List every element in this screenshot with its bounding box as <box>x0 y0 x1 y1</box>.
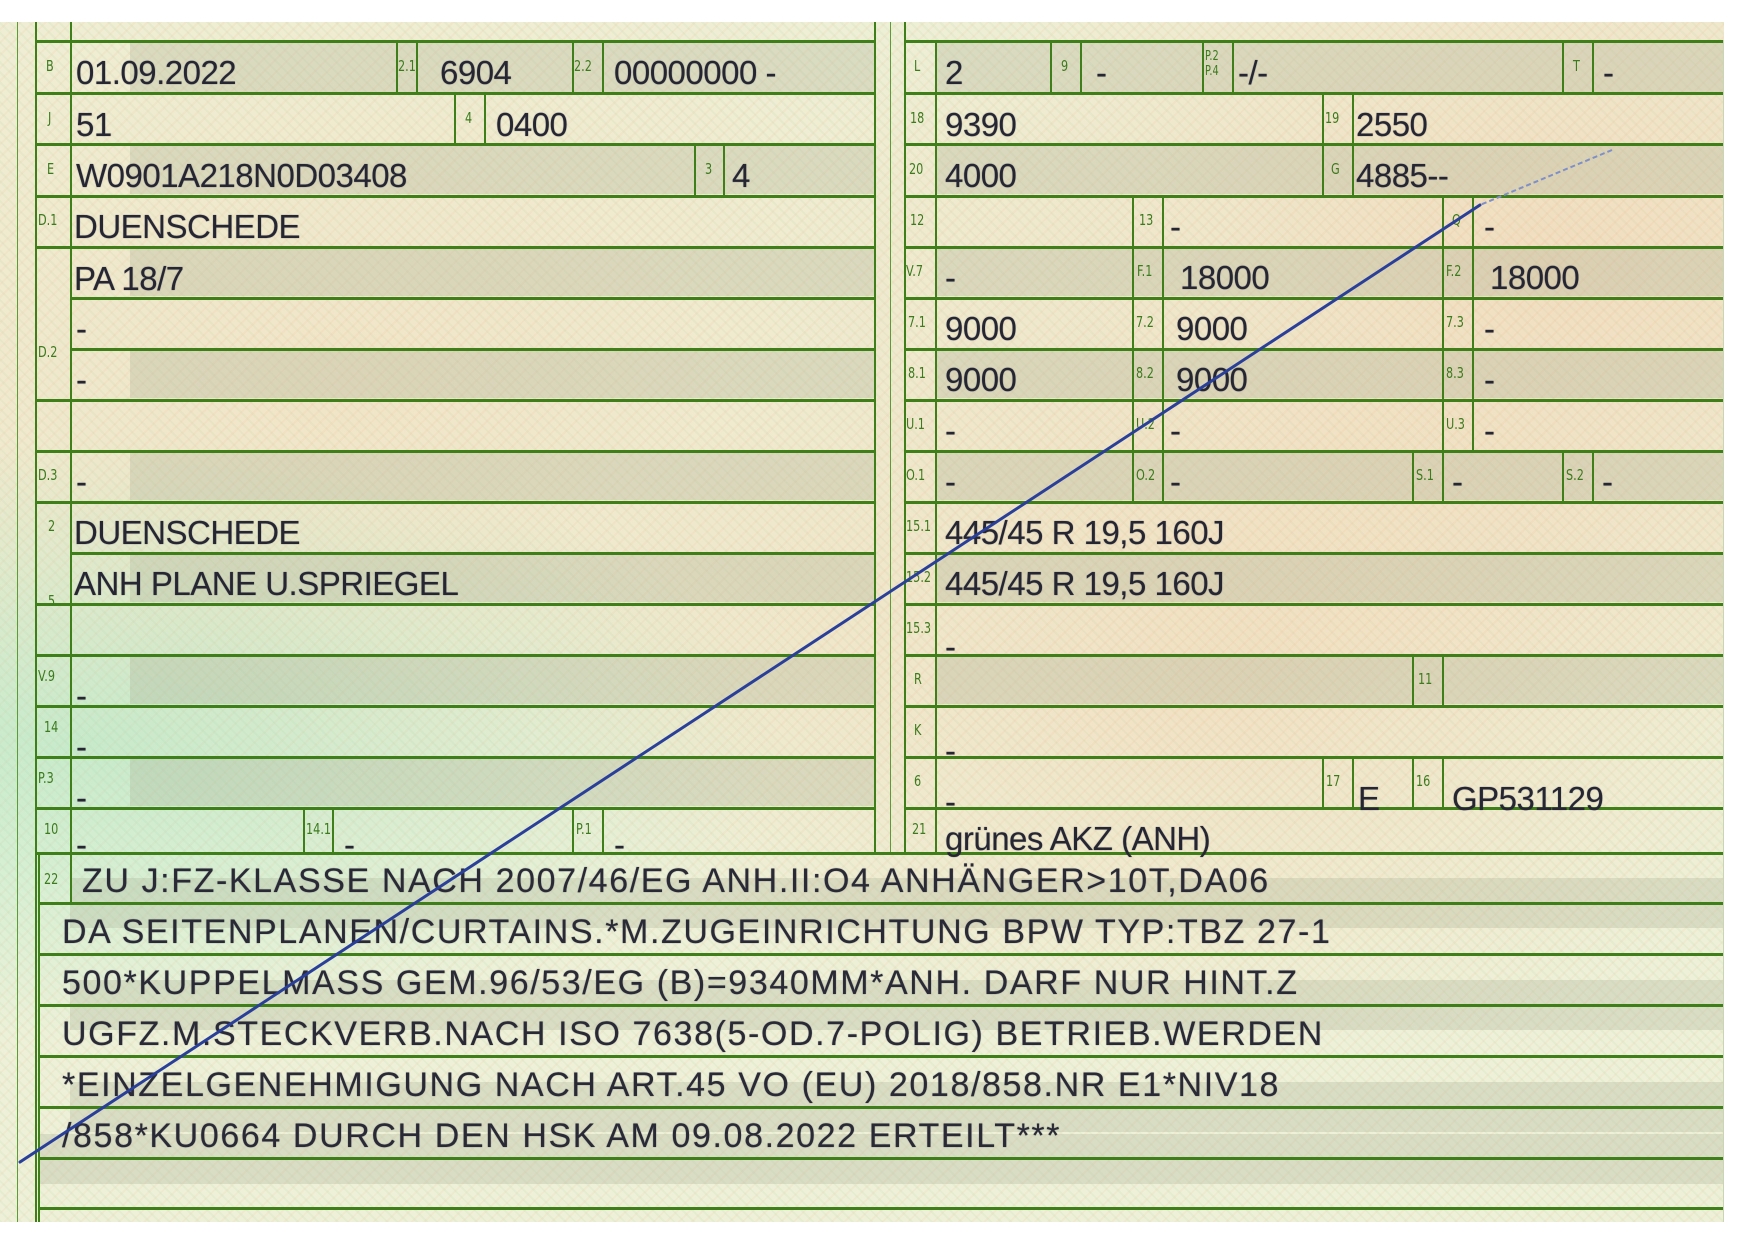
field-U1-value: - <box>945 414 956 447</box>
rule <box>904 501 1723 504</box>
field-label-8-2: 8.2 <box>1136 366 1154 381</box>
field-9-value: - <box>1096 56 1107 89</box>
cell-divider <box>416 40 418 92</box>
field-label-22: 22 <box>44 872 58 887</box>
field-4-value: 0400 <box>496 108 567 141</box>
cell-divider <box>1352 92 1354 195</box>
field-15-3-value: - <box>945 630 956 663</box>
row-band <box>935 654 1723 704</box>
remarks-line-5: *EINZELGENEHMIGUNG NACH ART.45 VO (EU) 2… <box>62 1068 1280 1102</box>
label-column-divider <box>70 22 72 852</box>
field-O1-value: - <box>945 465 956 498</box>
rule <box>904 195 1723 198</box>
right-block-left-border <box>904 22 906 852</box>
gutter-line <box>890 22 891 852</box>
field-2-2-value: 00000000 - <box>614 56 776 89</box>
field-label-G: G <box>1331 162 1340 177</box>
field-label-O2: O.2 <box>1136 468 1155 483</box>
field-label-F2: F.2 <box>1446 264 1461 279</box>
field-label-8-1: 8.1 <box>908 366 926 381</box>
field-K-value: - <box>945 734 956 767</box>
cell-divider <box>1162 195 1164 450</box>
rule <box>35 246 874 249</box>
field-label-14: 14 <box>44 720 58 735</box>
field-J-value: 51 <box>76 108 112 141</box>
row-band <box>130 654 874 704</box>
field-D1-make-line2: PA 18/7 <box>74 262 184 295</box>
field-label-D3: D.3 <box>38 468 57 483</box>
field-label-15-3: 15.3 <box>906 621 931 636</box>
field-7-2-value: 9000 <box>1176 312 1247 345</box>
field-label-7-2: 7.2 <box>1136 315 1154 330</box>
rule <box>35 705 874 708</box>
left-border <box>35 22 37 1222</box>
rule <box>904 552 1723 555</box>
field-14-1-value: - <box>344 828 355 861</box>
field-label-21: 21 <box>912 822 926 837</box>
row-band <box>935 144 1723 194</box>
cell-divider <box>1562 450 1564 501</box>
field-L-value: 2 <box>945 56 963 89</box>
rule <box>38 1106 1723 1109</box>
field-V9-value: - <box>76 679 87 712</box>
left-block-right-border <box>874 22 876 852</box>
rule <box>35 501 874 504</box>
field-label-5: 5 <box>48 594 55 609</box>
rule <box>904 705 1723 708</box>
field-label-U1: U.1 <box>906 417 925 432</box>
field-label-J: J <box>48 111 51 126</box>
cell-divider <box>1080 40 1082 92</box>
field-label-U3: U.3 <box>1446 417 1465 432</box>
rule <box>35 143 874 146</box>
rule <box>38 1004 1723 1007</box>
field-label-2-1: 2.1 <box>398 59 416 74</box>
field-label-3: 3 <box>705 162 712 177</box>
field-15-1-tyre: 445/45 R 19,5 160J <box>945 516 1224 549</box>
cell-divider <box>1322 92 1324 195</box>
field-14-value: - <box>76 730 87 763</box>
cell-divider <box>1592 450 1594 501</box>
remarks-line-4: UGFZ.M.STECKVERB.NACH ISO 7638(5-OD.7-PO… <box>62 1017 1324 1051</box>
field-label-16: 16 <box>1416 774 1430 789</box>
rule <box>904 40 1723 43</box>
cell-divider <box>1352 756 1354 807</box>
field-10-value: - <box>76 828 87 861</box>
field-20-value: 4000 <box>945 159 1016 192</box>
cell-divider <box>1132 450 1134 501</box>
cell-divider <box>1132 195 1134 450</box>
field-P3-value: - <box>76 781 87 814</box>
cell-divider <box>1442 756 1444 807</box>
field-5-body-type: ANH PLANE U.SPRIEGEL <box>74 567 458 600</box>
rule <box>70 297 874 300</box>
field-label-6: 6 <box>914 774 921 789</box>
rule <box>35 40 874 43</box>
field-label-12: 12 <box>910 213 924 228</box>
field-U2-value: - <box>1170 414 1181 447</box>
cell-divider <box>602 40 604 92</box>
field-2-1-value: 6904 <box>440 56 511 89</box>
registration-certificate: B 01.09.2022 2.1 6904 2.2 00000000 - J 5… <box>0 22 1724 1222</box>
field-13-value: - <box>1170 210 1181 243</box>
field-O2-value: - <box>1170 465 1181 498</box>
cell-divider <box>332 807 334 852</box>
cell-divider <box>1202 40 1204 92</box>
right-label-divider <box>935 40 937 852</box>
field-label-U2: U.2 <box>1136 417 1155 432</box>
field-E-vin: W0901A218N0D03408 <box>76 159 407 192</box>
cell-divider <box>1472 195 1474 450</box>
field-2-manufacturer: DUENSCHEDE <box>74 516 300 549</box>
row-band <box>130 450 874 500</box>
rule <box>904 92 1723 95</box>
rule <box>904 246 1723 249</box>
remarks-left-border <box>38 852 40 1222</box>
cell-divider <box>303 807 305 852</box>
remarks-line-2: DA SEITENPLANEN/CURTAINS.*M.ZUGEINRICHTU… <box>62 915 1331 949</box>
field-21-value: grünes AKZ (ANH) <box>945 822 1210 855</box>
field-label-T: T <box>1573 59 1580 74</box>
field-6-value: - <box>945 785 956 818</box>
row-band <box>130 756 874 806</box>
field-D2-line1: - <box>76 312 87 345</box>
field-label-R: R <box>914 672 922 687</box>
cell-divider <box>1232 40 1234 92</box>
field-B-date: 01.09.2022 <box>76 56 236 89</box>
row-band <box>130 348 874 398</box>
field-label-D2: D.2 <box>38 345 57 360</box>
field-19-value: 2550 <box>1356 108 1427 141</box>
remarks-line-3: 500*KUPPELMASS GEM.96/53/EG (B)=9340MM*A… <box>62 966 1299 1000</box>
field-label-7-1: 7.1 <box>908 315 926 330</box>
field-U3-value: - <box>1484 414 1495 447</box>
cell-divider <box>602 807 604 852</box>
cell-divider <box>1050 40 1052 92</box>
field-label-4: 4 <box>465 111 472 126</box>
field-label-15-2: 15.2 <box>906 570 931 585</box>
cell-divider <box>1592 40 1594 92</box>
field-label-Q: Q <box>1452 213 1461 228</box>
cell-divider <box>1442 195 1444 450</box>
field-label-13: 13 <box>1139 213 1153 228</box>
rule <box>904 143 1723 146</box>
field-label-7-3: 7.3 <box>1446 315 1464 330</box>
row-band <box>935 246 1723 296</box>
cell-divider <box>1412 654 1414 705</box>
field-16-value: GP531129 <box>1452 782 1603 815</box>
field-label-17: 17 <box>1326 774 1340 789</box>
remarks-line-6: /858*KU0664 DURCH DEN HSK AM 09.08.2022 … <box>62 1119 1061 1153</box>
rule <box>35 852 1723 855</box>
rule <box>904 297 1723 300</box>
rule <box>35 807 874 810</box>
field-label-P2: P.2 <box>1205 50 1219 64</box>
rule <box>904 348 1723 351</box>
rule <box>904 450 1723 453</box>
field-F1-value: 18000 <box>1180 261 1269 294</box>
row-band <box>935 348 1723 398</box>
rule <box>35 756 874 759</box>
field-Q-value: - <box>1484 210 1495 243</box>
field-label-15-1: 15.1 <box>906 519 931 534</box>
field-P1-value: - <box>614 828 625 861</box>
field-G-value: 4885-- <box>1356 159 1448 192</box>
field-label-D1: D.1 <box>38 213 57 228</box>
field-8-1-value: 9000 <box>945 363 1016 396</box>
field-3-value: 4 <box>732 159 750 192</box>
field-15-2-tyre: 445/45 R 19,5 160J <box>945 567 1224 600</box>
rule <box>38 1055 1723 1058</box>
field-8-3-value: - <box>1484 363 1495 396</box>
field-P2-P4-value: -/- <box>1238 56 1268 89</box>
rule <box>904 399 1723 402</box>
field-label-8-3: 8.3 <box>1446 366 1464 381</box>
cell-divider <box>1412 756 1414 807</box>
field-label-K: K <box>914 723 921 738</box>
field-label-B: B <box>46 59 54 74</box>
field-label-11: 11 <box>1418 672 1432 687</box>
field-18-value: 9390 <box>945 108 1016 141</box>
cell-divider <box>484 92 486 143</box>
rule <box>70 552 874 555</box>
field-label-19: 19 <box>1325 111 1339 126</box>
rule <box>35 450 874 453</box>
rule <box>904 654 1723 657</box>
cell-divider <box>1442 654 1444 705</box>
rule <box>904 603 1723 606</box>
remarks-label-divider <box>70 852 72 902</box>
rule <box>35 195 874 198</box>
field-label-L: L <box>914 59 920 74</box>
cell-divider <box>1442 450 1444 501</box>
field-label-V9: V.9 <box>38 669 55 684</box>
field-T-value: - <box>1603 56 1614 89</box>
rule <box>35 603 874 606</box>
cell-divider <box>1562 40 1564 92</box>
rule <box>904 756 1723 759</box>
cell-divider <box>454 92 456 143</box>
field-label-18: 18 <box>910 111 924 126</box>
field-7-3-value: - <box>1484 312 1495 345</box>
field-F2-value: 18000 <box>1490 261 1579 294</box>
margin-line <box>17 22 18 1222</box>
rule <box>38 902 1723 905</box>
cell-divider <box>572 807 574 852</box>
field-D3-value: - <box>76 465 87 498</box>
field-label-10: 10 <box>44 822 58 837</box>
rule <box>35 654 874 657</box>
field-D1-make: DUENSCHEDE <box>74 210 300 243</box>
remarks-line-1: ZU J:FZ-KLASSE NACH 2007/46/EG ANH.II:O4… <box>82 864 1270 898</box>
rule <box>70 348 874 351</box>
cell-divider <box>1412 450 1414 501</box>
field-S2-value: - <box>1602 465 1613 498</box>
field-label-9: 9 <box>1061 59 1068 74</box>
field-label-P3: P.3 <box>38 771 54 786</box>
field-label-S2: S.2 <box>1566 468 1584 483</box>
cell-divider <box>723 143 725 195</box>
field-V7-value: - <box>945 261 956 294</box>
rule <box>38 1207 1723 1210</box>
field-label-14-1: 14.1 <box>306 822 331 837</box>
cell-divider <box>1162 450 1164 501</box>
field-label-E: E <box>47 162 54 177</box>
field-label-O1: O.1 <box>906 468 925 483</box>
field-label-S1: S.1 <box>1416 468 1434 483</box>
field-label-V7: V.7 <box>906 264 923 279</box>
rule <box>38 1157 1723 1160</box>
right-edge <box>1723 40 1724 1222</box>
rule <box>35 399 874 402</box>
field-17-value: E <box>1358 782 1380 815</box>
field-label-2-2: 2.2 <box>574 59 592 74</box>
field-label-2: 2 <box>48 519 55 534</box>
field-label-P4: P.4 <box>1205 65 1219 79</box>
rule <box>38 953 1723 956</box>
cell-divider <box>694 143 696 195</box>
row-band <box>130 246 874 296</box>
field-S1-value: - <box>1452 465 1463 498</box>
field-D2-line2: - <box>76 363 87 396</box>
field-7-1-value: 9000 <box>945 312 1016 345</box>
cell-divider <box>1322 756 1324 807</box>
field-label-F1: F.1 <box>1137 264 1152 279</box>
field-8-2-value: 9000 <box>1176 363 1247 396</box>
field-label-P1: P.1 <box>576 822 592 837</box>
field-label-20: 20 <box>909 162 923 177</box>
